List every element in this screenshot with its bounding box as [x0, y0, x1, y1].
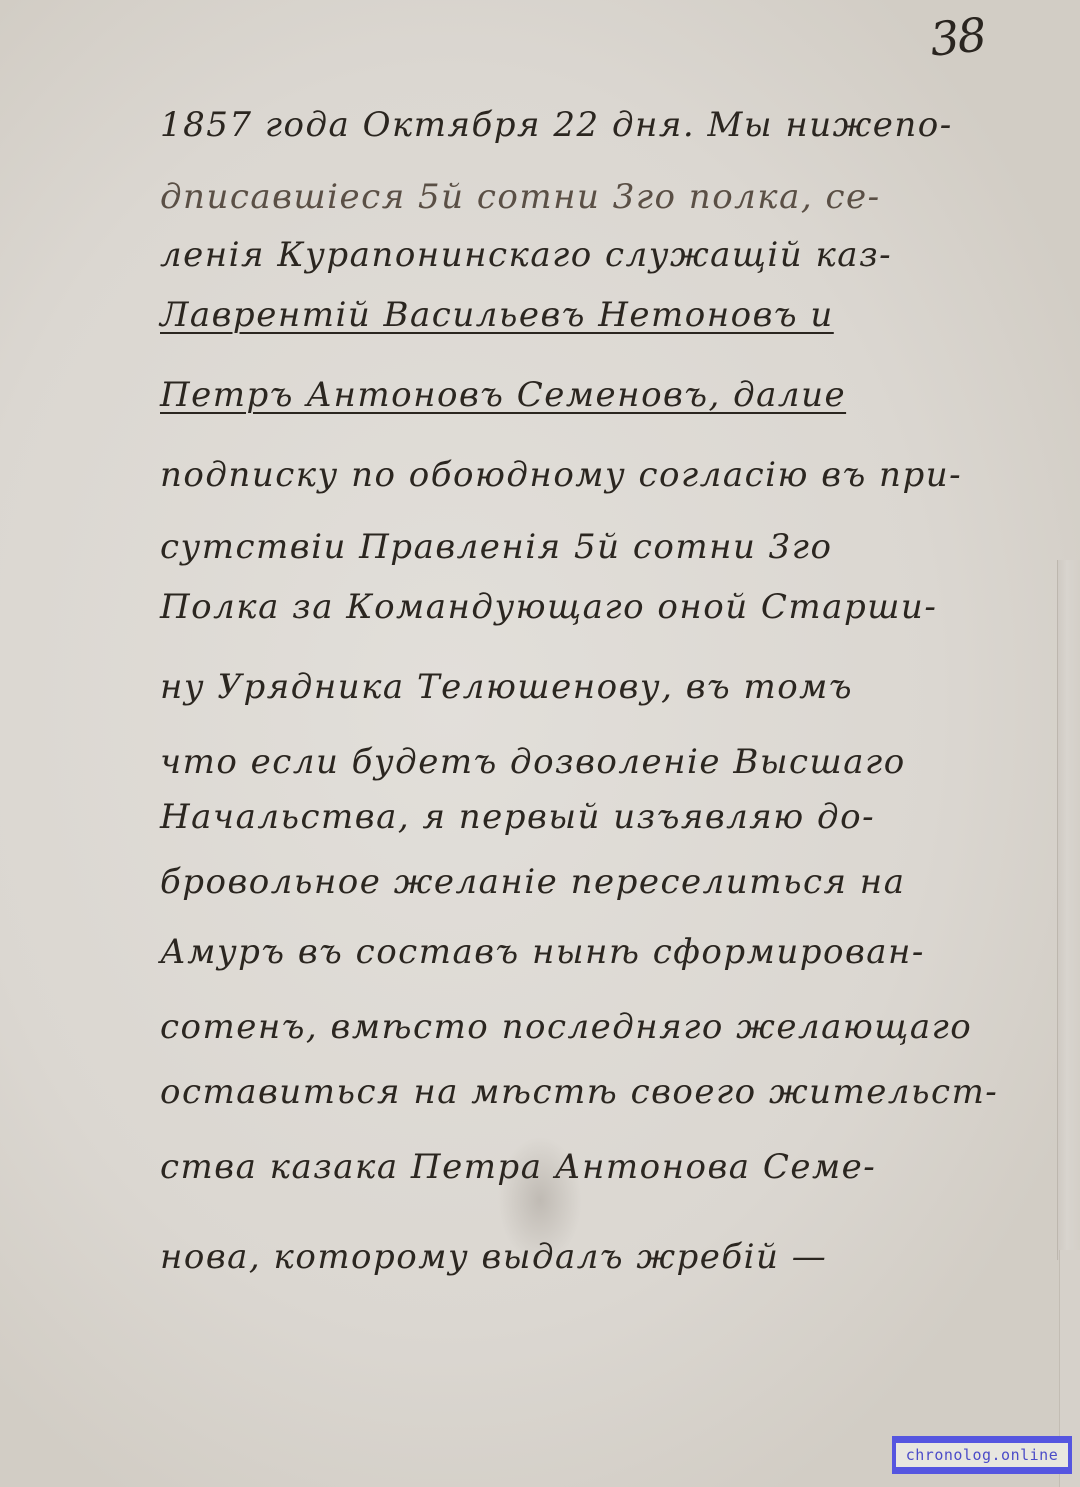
watermark-label: chronolog.online: [896, 1443, 1069, 1467]
manuscript-line-4: Лаврентiй Васильевъ Неmоновъ и: [160, 298, 834, 332]
manuscript-line-13: Амуръ въ составъ нынѣ сформирован-: [160, 935, 925, 969]
page-fold-edge: [1057, 560, 1080, 1260]
manuscript-line-5: Петръ Антоновъ Семеновъ, далие: [160, 378, 846, 412]
manuscript-line-11: Начальства, я первый изъявляю до-: [160, 800, 875, 834]
manuscript-line-1: 1857 года Октября 22 дня. Мы нижепо-: [160, 108, 953, 142]
manuscript-line-10: что если будетъ дозволенiе Высшаго: [160, 745, 906, 779]
manuscript-line-12: бровольное желанiе переселиться на: [160, 865, 905, 899]
manuscript-line-9: ну Урядника Телюшенову, въ томъ: [160, 670, 853, 704]
manuscript-line-7: сутствiи Правленiя 5й сотни 3го: [160, 530, 832, 564]
manuscript-line-2: дписавшiеся 5й сотни 3го полка, се-: [160, 180, 881, 214]
manuscript-line-17: нова, которому выдалъ жребiй —: [160, 1240, 827, 1274]
manuscript-line-15: оставиться на мѣстѣ своего жительст-: [160, 1075, 998, 1109]
manuscript-line-3: ленiя Курапонинскаго служащiй каз-: [160, 238, 892, 272]
manuscript-line-8: Полка за Командующаго оной Старши-: [160, 590, 937, 624]
manuscript-line-6: подписку по обоюдному согласiю въ при-: [160, 458, 962, 492]
manuscript-page: 38 1857 года Октября 22 дня. Мы нижепо- …: [0, 0, 1080, 1487]
source-watermark: chronolog.online: [892, 1436, 1072, 1474]
manuscript-line-14: сотенъ, вмѣсто последняго желающаго: [160, 1010, 972, 1044]
manuscript-line-16: ства казака Петра Антонова Семе-: [160, 1150, 876, 1184]
folio-number: 38: [927, 7, 987, 66]
